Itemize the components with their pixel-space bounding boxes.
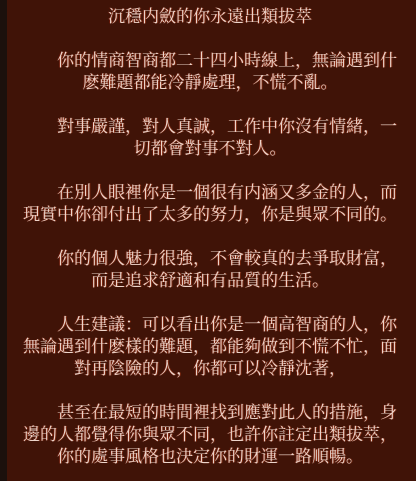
paragraph-6: 甚至在最短的時間裡找到應對此人的措施，身 邊的人都覺得你與眾不同，也許你註定出類… — [22, 402, 398, 468]
paragraph-line: 切都會對事不對人。 — [22, 138, 398, 160]
paragraph-line: 你的處事風格也決定你的財運一路順暢。 — [22, 446, 398, 468]
paragraph-line: 無論遇到什麽樣的難題，都能夠做到不慌不忙，面 — [22, 336, 398, 358]
paragraph-line: 甚至在最短的時間裡找到應對此人的措施，身 — [22, 402, 398, 424]
paragraph-line: 而是追求舒適和有品質的生活。 — [22, 270, 398, 292]
paragraph-line: 你的情商智商都二十四小時線上，無論遇到什 — [22, 50, 398, 72]
paragraph-line: 你的個人魅力很強，不會較真的去爭取財富， — [22, 248, 398, 270]
page-title: 沉穩内斂的你永遠出類拔萃 — [22, 6, 398, 28]
paragraph-line: 對事嚴謹，對人真誠，工作中你沒有情緒，一 — [22, 116, 398, 138]
paragraph-4: 你的個人魅力很強，不會較真的去爭取財富， 而是追求舒適和有品質的生活。 — [22, 248, 398, 292]
paragraph-line: 邊的人都覺得你與眾不同，也許你註定出類拔萃， — [22, 424, 398, 446]
paragraph-line: 麽難題都能冷靜處理，不慌不亂。 — [22, 72, 398, 94]
paragraph-1: 你的情商智商都二十四小時線上，無論遇到什 麽難題都能冷靜處理，不慌不亂。 — [22, 50, 398, 94]
paragraph-3: 在別人眼裡你是一個很有内涵又多金的人，而 現實中你卻付出了太多的努力，你是與眾不… — [22, 182, 398, 226]
fortune-text-panel: 沉穩内斂的你永遠出類拔萃 你的情商智商都二十四小時線上，無論遇到什 麽難題都能冷… — [7, 0, 416, 468]
paragraph-5-life-advice: 人生建議：可以看出你是一個高智商的人，你 無論遇到什麽樣的難題，都能夠做到不慌不… — [22, 314, 398, 380]
paragraph-2: 對事嚴謹，對人真誠，工作中你沒有情緒，一 切都會對事不對人。 — [22, 116, 398, 160]
paragraph-line: 現實中你卻付出了太多的努力，你是與眾不同的。 — [22, 204, 398, 226]
left-edge-strip — [0, 0, 7, 481]
paragraph-line: 人生建議：可以看出你是一個高智商的人，你 — [22, 314, 398, 336]
fortune-reading-screen: 沉穩内斂的你永遠出類拔萃 你的情商智商都二十四小時線上，無論遇到什 麽難題都能冷… — [0, 0, 416, 481]
paragraph-line: 對再陰險的人，你都可以冷靜沈著， — [22, 358, 398, 380]
paragraph-line: 在別人眼裡你是一個很有内涵又多金的人，而 — [22, 182, 398, 204]
